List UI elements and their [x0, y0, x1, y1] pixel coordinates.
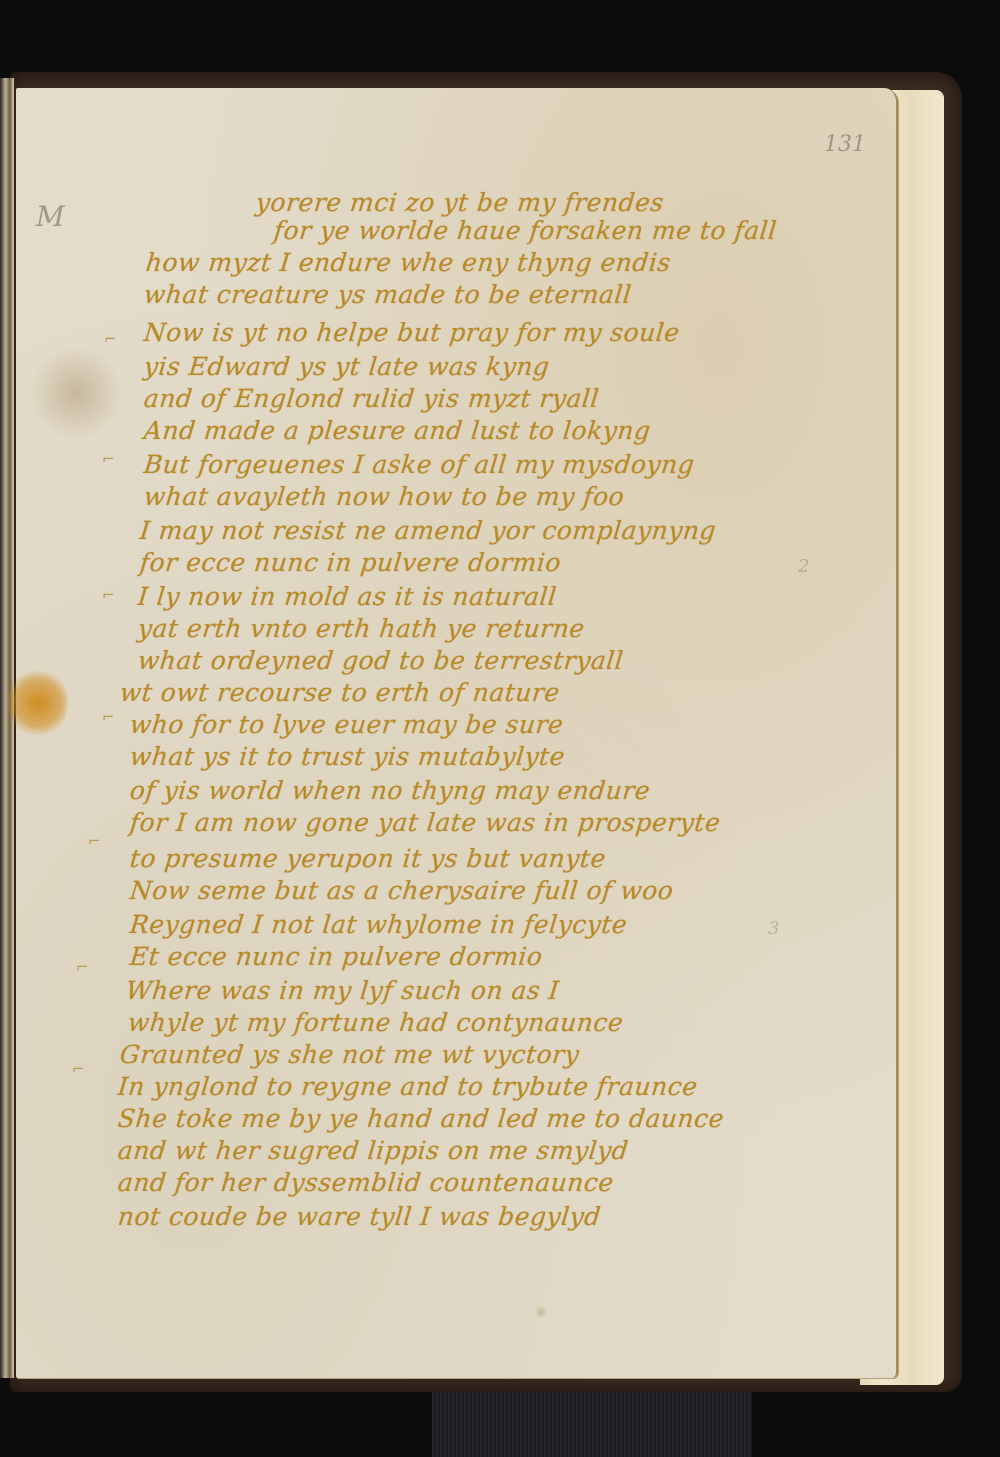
- text-line: to presume yerupon it ys but vanyte: [128, 844, 607, 874]
- manuscript-text: yorere mci zo yt be my frendes for ye wo…: [16, 88, 896, 1378]
- text-line: who for to lyve euer may be sure: [128, 710, 565, 740]
- manuscript-page: 131 M 2 3 ⌐ ⌐ ⌐ ⌐ ⌐ ⌐ ⌐ yorere mci zo yt…: [16, 88, 898, 1378]
- text-line: But forgeuenes I aske of all my mysdoyng: [142, 450, 696, 480]
- text-line: I ly now in mold as it is naturall: [136, 582, 558, 612]
- text-line: and of Englond rulid yis myzt ryall: [142, 384, 600, 414]
- text-line: Now seme but as a cherysaire full of woo: [128, 876, 675, 906]
- text-line: how myzt I endure whe eny thyng endis: [144, 248, 672, 278]
- text-line: for I am now gone yat late was in prospe…: [128, 808, 722, 838]
- text-line: what avayleth now how to be my foo: [142, 482, 625, 512]
- text-line: what creature ys made to be eternall: [142, 280, 633, 310]
- text-line: Now is yt no helpe but pray for my soule: [142, 318, 681, 348]
- text-line: Et ecce nunc in pulvere dormio: [128, 942, 544, 972]
- text-line: Where was in my lyf such on as I: [124, 976, 560, 1006]
- text-line: and wt her sugred lippis on me smylyd: [116, 1136, 630, 1166]
- text-line: and for her dyssemblid countenaunce: [116, 1168, 615, 1198]
- text-line: what ys it to trust yis mutabylyte: [128, 742, 566, 772]
- text-line: wt owt recourse to erth of nature: [118, 678, 561, 708]
- text-line: Graunted ys she not me wt vyctory: [118, 1040, 580, 1070]
- text-line: I may not resist ne amend yor complaynyn…: [138, 516, 717, 546]
- text-line: She toke me by ye hand and led me to dau…: [116, 1104, 725, 1134]
- text-line: In ynglond to reygne and to trybute frau…: [116, 1072, 699, 1102]
- text-line: And made a plesure and lust to lokyng: [142, 416, 652, 446]
- manuscript-photo: 131 M 2 3 ⌐ ⌐ ⌐ ⌐ ⌐ ⌐ ⌐ yorere mci zo yt…: [0, 0, 1000, 1457]
- text-line: yat erth vnto erth hath ye returne: [136, 614, 586, 644]
- text-line: for ye worlde haue forsaken me to fall: [272, 216, 778, 246]
- text-line: yorere mci zo yt be my frendes: [254, 188, 665, 218]
- text-line: whyle yt my fortune had contynaunce: [126, 1008, 624, 1038]
- text-line: what ordeyned god to be terrestryall: [136, 646, 625, 676]
- text-line: of yis world when no thyng may endure: [128, 776, 651, 806]
- text-line: Reygned I not lat whylome in felycyte: [128, 910, 628, 940]
- text-line: for ecce nunc in pulvere dormio: [138, 548, 562, 578]
- text-line: not coude be ware tyll I was begylyd: [116, 1202, 602, 1232]
- text-line: yis Edward ys yt late was kyng: [142, 352, 551, 382]
- book-spine-edge: [0, 78, 14, 1378]
- cloth-backdrop: [432, 1390, 752, 1457]
